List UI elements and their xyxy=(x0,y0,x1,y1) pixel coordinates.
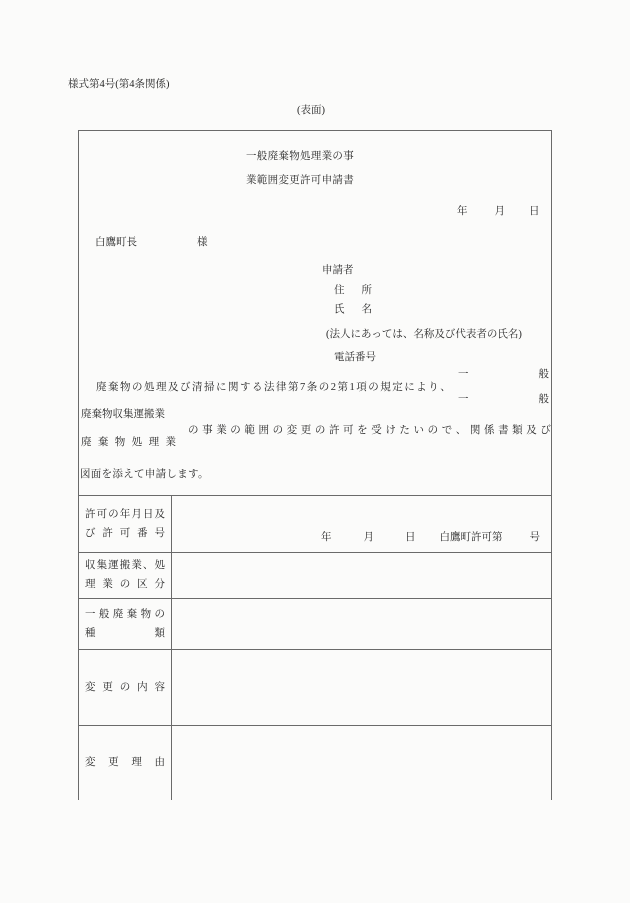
table-row-business-category: 収集運搬業、処 理業の区分 xyxy=(79,552,551,598)
body-text-line2: の事業の範囲の変更の許可を受けたいので、関係書類及び xyxy=(188,424,551,438)
table-row-change-details: 変更の内容 xyxy=(79,649,551,725)
row-label-line: 変更理由 xyxy=(85,756,165,770)
table-row-waste-type: 一般廃棄物の 種類 xyxy=(79,598,551,649)
date-year-label: 年 xyxy=(457,206,468,217)
row-label-change-details: 変更の内容 xyxy=(79,650,172,725)
business-category-value-cell xyxy=(172,553,551,598)
addressee-line: 白鷹町長様 xyxy=(95,236,208,250)
addressee-name: 白鷹町長 xyxy=(95,237,137,248)
table-row-permit-date: 許可の年月日及 び許可番号 年月日白鷹町許可第号 xyxy=(79,495,551,552)
row-label-line: び許可番号 xyxy=(85,527,165,541)
row-label-line: 種類 xyxy=(85,627,165,641)
row-label-waste-type: 一般廃棄物の 種類 xyxy=(79,599,172,649)
row-label-line: 理業の区分 xyxy=(85,578,165,592)
date-month-label: 月 xyxy=(495,206,506,217)
change-details-value-cell xyxy=(172,650,551,725)
document-page: 様式第4号(第4条関係) (表面) 一般廃棄物処理業の事 業範囲変更許可申請書 … xyxy=(0,0,630,903)
table-row-change-reason: 変更理由 xyxy=(79,725,551,800)
body-option2-top: 廃棄物収集運搬業 xyxy=(81,408,165,422)
applicant-heading: 申請者 xyxy=(322,264,354,278)
body-option2-bottom: 廃棄物処理業 xyxy=(81,436,176,450)
waste-type-value-cell xyxy=(172,599,551,649)
permit-date-value-cell: 年月日白鷹町許可第号 xyxy=(172,496,551,552)
permit-year-label: 年 xyxy=(321,532,332,543)
body-text-line3: 図面を添えて申請します。 xyxy=(80,468,209,482)
row-label-change-reason: 変更理由 xyxy=(79,726,172,800)
applicant-phone-label: 電話番号 xyxy=(334,351,376,365)
permit-day-label: 日 xyxy=(405,532,416,543)
row-label-line: 収集運搬業、処 xyxy=(85,559,165,573)
form-title-line1: 一般廃棄物処理業の事 xyxy=(246,150,354,164)
side-label: (表面) xyxy=(297,104,325,118)
date-line: 年月日 xyxy=(457,205,540,219)
detail-table: 許可の年月日及 び許可番号 年月日白鷹町許可第号 収集運搬業、処 理業の区分 一… xyxy=(79,495,551,800)
change-reason-value-cell xyxy=(172,726,551,800)
date-day-label: 日 xyxy=(529,206,540,217)
row-label-permit-date: 許可の年月日及 び許可番号 xyxy=(79,496,172,552)
body-option1-bottom: 一般 xyxy=(458,393,549,407)
permit-date-value-line: 年月日白鷹町許可第号 xyxy=(172,531,551,545)
applicant-corporate-note: (法人にあっては、名称及び代表者の氏名) xyxy=(326,328,522,342)
addressee-honorific: 様 xyxy=(197,237,208,248)
body-text-line1: 廃棄物の処理及び清掃に関する法律第7条の2第1項の規定により、 xyxy=(96,381,452,395)
permit-office-label: 白鷹町許可第 xyxy=(440,532,503,543)
form-title-line2: 業範囲変更許可申請書 xyxy=(246,174,354,188)
row-label-line: 一般廃棄物の xyxy=(85,608,165,622)
form-number: 様式第4号(第4条関係) xyxy=(68,78,170,92)
applicant-name-label: 氏名 xyxy=(334,303,372,317)
body-option1-top: 一般 xyxy=(458,368,549,382)
row-label-business-category: 収集運搬業、処 理業の区分 xyxy=(79,553,172,598)
row-label-line: 許可の年月日及 xyxy=(85,508,165,522)
permit-month-label: 月 xyxy=(364,532,375,543)
permit-number-suffix: 号 xyxy=(530,532,541,543)
row-label-line: 変更の内容 xyxy=(85,681,165,695)
applicant-address-label: 住所 xyxy=(334,284,372,298)
